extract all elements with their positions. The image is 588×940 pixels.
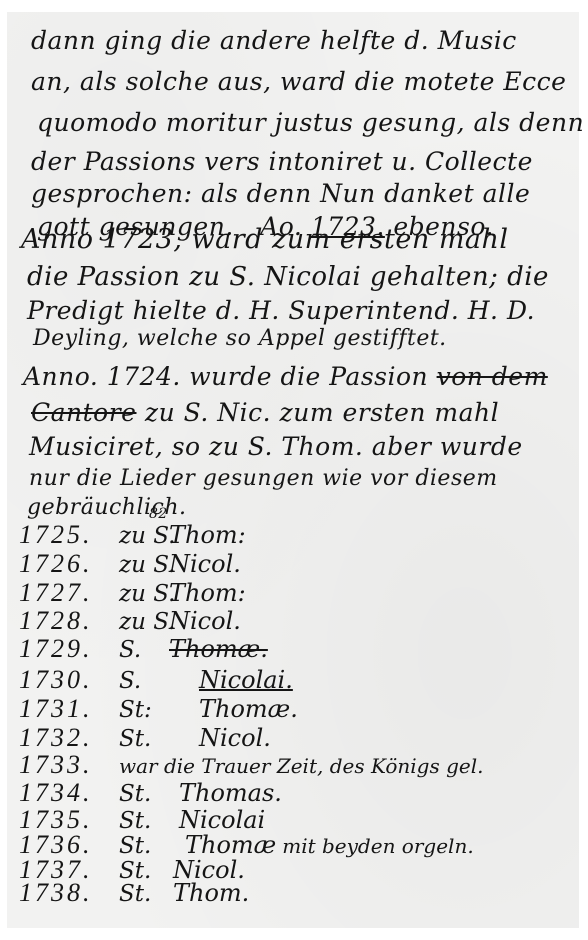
entry-prefix: S. bbox=[119, 637, 169, 663]
manuscript-text: Anno. 1724. wurde die Passion bbox=[23, 362, 437, 391]
entry-year: 1731. bbox=[19, 694, 119, 724]
entry-year: 1730. bbox=[19, 665, 119, 695]
chronicle-entry: 1731.St:Thomæ. bbox=[19, 694, 298, 724]
manuscript-line: nur die Lieder gesungen wie vor diesem bbox=[29, 466, 498, 491]
entry-prefix: zu S. bbox=[119, 552, 169, 578]
entry-church: Thom: bbox=[169, 521, 246, 549]
manuscript-text: zu S. Nic. zum ersten mahl bbox=[136, 398, 499, 427]
entry-church: Thomæ. bbox=[169, 635, 268, 663]
entry-church: Nicol. bbox=[199, 724, 271, 752]
chronicle-entry: 1729.S.Thomæ. bbox=[19, 634, 268, 664]
struck-text: von dem bbox=[437, 362, 548, 391]
manuscript-line: Cantore zu S. Nic. zum ersten mahl bbox=[31, 398, 499, 427]
entry-year: 1729. bbox=[19, 634, 119, 664]
entry-year: 1733. bbox=[19, 750, 119, 780]
entry-church: Thomæ. bbox=[199, 695, 298, 723]
entry-prefix: zu S. bbox=[119, 523, 169, 549]
entry-prefix: St. bbox=[119, 781, 169, 807]
chronicle-entry: 1728.zu S.Nicol. bbox=[19, 606, 241, 636]
manuscript-line: der Passions vers intoniret u. Collecte bbox=[31, 147, 533, 176]
chronicle-entry: 1726.zu S.Nicol. bbox=[19, 549, 241, 579]
manuscript-line: die Passion zu S. Nicolai gehalten; die bbox=[27, 262, 549, 292]
entry-church: Thom. bbox=[173, 879, 249, 907]
chronicle-entry: 1733.war die Trauer Zeit, des Königs gel… bbox=[19, 750, 484, 780]
entry-church: Nicol. bbox=[169, 607, 241, 635]
entry-year: 1734. bbox=[19, 778, 119, 808]
entry-prefix: St. bbox=[119, 726, 169, 752]
entry-note: war die Trauer Zeit, des Königs gel. bbox=[119, 754, 484, 778]
manuscript-line: Deyling, welche so Appel gestifftet. bbox=[33, 326, 447, 351]
entry-year: 1727. bbox=[19, 578, 119, 608]
manuscript-line: gesprochen: als denn Nun danket alle bbox=[31, 179, 530, 208]
entry-year: 1725. bbox=[19, 520, 119, 550]
entry-year: 1726. bbox=[19, 549, 119, 579]
entry-prefix: St: bbox=[119, 697, 169, 723]
entry-prefix: zu S. bbox=[119, 609, 169, 635]
chronicle-entry: 1725.zu S.Thom: bbox=[19, 520, 246, 550]
struck-text: Cantore bbox=[31, 398, 136, 427]
chronicle-entry: 1730.S.Nicolai. bbox=[19, 665, 293, 695]
entry-prefix: St. bbox=[119, 881, 169, 907]
chronicle-entry: 1727.zu S.Thom: bbox=[19, 578, 246, 608]
manuscript-line: dann ging die andere helfte d. Music bbox=[31, 26, 517, 55]
chronicle-entry: 1732.St.Nicol. bbox=[19, 723, 271, 753]
entry-year: 1728. bbox=[19, 606, 119, 636]
entry-prefix: zu S. bbox=[119, 581, 169, 607]
entry-year: 1732. bbox=[19, 723, 119, 753]
entry-year: 1738. bbox=[19, 878, 119, 908]
entry-church: Thomas. bbox=[179, 779, 282, 807]
manuscript-line: an, als solche aus, ward die motete Ecce bbox=[31, 67, 566, 96]
manuscript-line: Anno. 1724. wurde die Passion von dem bbox=[23, 362, 548, 391]
manuscript-line: Anno 1723, ward zum ersten mahl bbox=[21, 224, 509, 255]
entry-church: Thom: bbox=[169, 579, 246, 607]
chronicle-entry: 1738.St.Thom. bbox=[19, 878, 249, 908]
entry-church: Nicolai. bbox=[199, 666, 293, 694]
manuscript-line: Predigt hielte d. H. Superintend. H. D. bbox=[27, 296, 535, 325]
entry-church: Nicol. bbox=[169, 550, 241, 578]
entry-prefix: S. bbox=[119, 668, 169, 694]
chronicle-entry: 1734.St.Thomas. bbox=[19, 778, 282, 808]
manuscript-line: quomodo moritur justus gesung, als denn bbox=[37, 108, 584, 137]
manuscript-line: Musiciret, so zu S. Thom. aber wurde bbox=[29, 432, 523, 461]
manuscript-page: dann ging die andere helfte d. Music an,… bbox=[7, 12, 579, 928]
entry-note: mit beyden orgeln. bbox=[282, 834, 473, 858]
